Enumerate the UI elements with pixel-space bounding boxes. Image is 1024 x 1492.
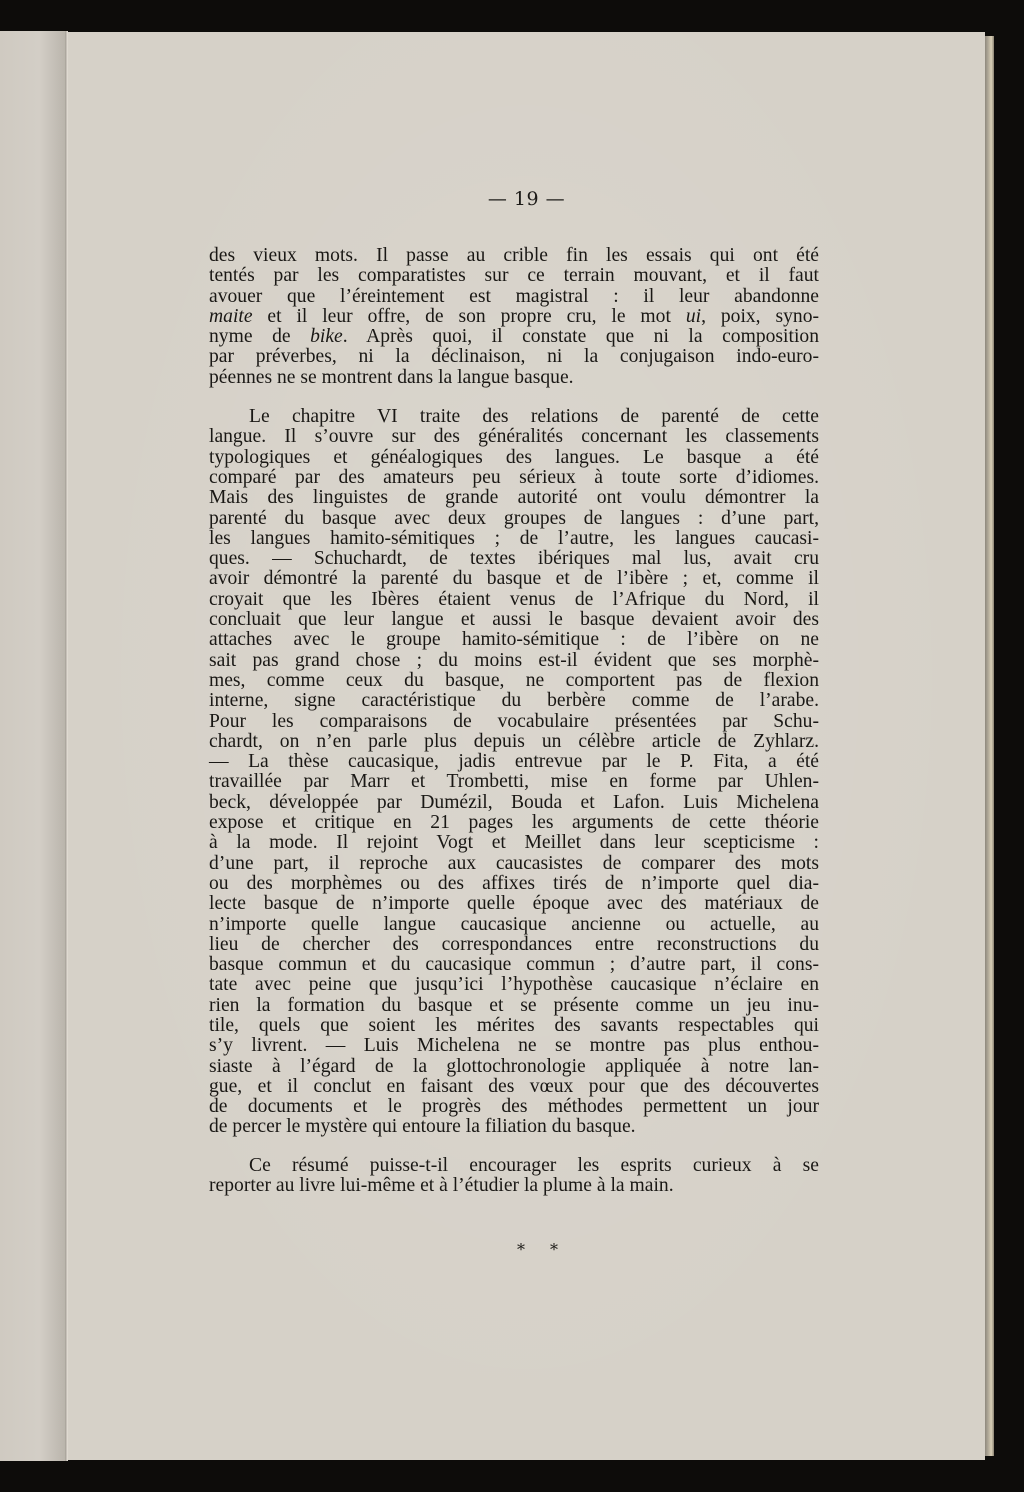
- text-line: reporter au livre lui-même et à l’étudie…: [209, 1176, 819, 1196]
- text-line: attaches avec le groupe hamito-sémitique…: [209, 630, 819, 650]
- text-line: Le chapitre VI traite des relations de p…: [209, 407, 819, 427]
- text-segment: et il leur offre, de son propre cru, le …: [253, 306, 686, 327]
- text-line: Pour les comparaisons de vocabulaire pré…: [209, 712, 819, 732]
- text-line: par préverbes, ni la déclinaison, ni la …: [209, 347, 819, 367]
- text-line: ques. — Schuchardt, de textes ibériques …: [209, 549, 819, 569]
- text-segment: . Après quoi, il constate que ni la comp…: [343, 326, 819, 347]
- text-line: ou des morphèmes ou des affixes tirés de…: [209, 874, 819, 894]
- text-segment: nyme de: [209, 326, 310, 347]
- text-line: interne, signe caractéristique du berbèr…: [209, 691, 819, 711]
- text-line: s’y livrent. — Luis Michelena ne se mont…: [209, 1036, 819, 1056]
- text-line: nyme de bike. Après quoi, il constate qu…: [209, 327, 819, 347]
- text-line: mes, comme ceux du basque, ne comportent…: [209, 671, 819, 691]
- text-line: d’une part, il reproche aux caucasistes …: [209, 854, 819, 874]
- text-segment: , poix, syno-: [701, 306, 819, 327]
- text-line: expose et critique en 21 pages les argum…: [209, 813, 819, 833]
- text-line: chardt, on n’en parle plus depuis un cél…: [209, 732, 819, 752]
- italic-term: ui: [686, 306, 701, 327]
- text-line: rien la formation du basque et se présen…: [209, 996, 819, 1016]
- page-number: — 19 —: [68, 188, 985, 210]
- text-line: sait pas grand chose ; du moins est-il é…: [209, 651, 819, 671]
- section-ornament: * *: [68, 1240, 985, 1259]
- scanned-book-spread: — 19 — des vieux mots. Il passe au cribl…: [0, 0, 1024, 1492]
- page-stack-edge: [985, 36, 994, 1456]
- text-line: tentés par les comparatistes sur ce terr…: [209, 266, 819, 286]
- text-line: maite et il leur offre, de son propre cr…: [209, 307, 819, 327]
- text-line: typologiques et généalogiques des langue…: [209, 448, 819, 468]
- italic-term: maite: [209, 306, 253, 327]
- text-line: Ce résumé puisse-t-il encourager les esp…: [209, 1156, 819, 1176]
- italic-term: bike: [310, 326, 343, 347]
- text-line: lecte basque de n’importe quelle époque …: [209, 894, 819, 914]
- text-line: travaillée par Marr et Trombetti, mise e…: [209, 772, 819, 792]
- text-line: avouer que l’éreintement est magistral :…: [209, 287, 819, 307]
- text-line: parenté du basque avec deux groupes de l…: [209, 509, 819, 529]
- left-page-margin: [0, 31, 66, 1461]
- text-line: gue, et il conclut en faisant des vœux p…: [209, 1077, 819, 1097]
- text-line: péennes ne se montrent dans la langue ba…: [209, 368, 819, 388]
- text-line: n’importe quelle langue caucasique ancie…: [209, 915, 819, 935]
- text-line: beck, développée par Dumézil, Bouda et L…: [209, 793, 819, 813]
- paragraph-1: des vieux mots. Il passe au crible fin l…: [209, 246, 819, 388]
- paragraph-2: Le chapitre VI traite des relations de p…: [209, 407, 819, 1138]
- text-line: lieu de chercher des correspondances ent…: [209, 935, 819, 955]
- text-line: — La thèse caucasique, jadis entrevue pa…: [209, 752, 819, 772]
- text-line: siaste à l’égard de la glottochronologie…: [209, 1057, 819, 1077]
- text-line: basque commun et du caucasique commun ; …: [209, 955, 819, 975]
- paragraph-3: Ce résumé puisse-t-il encourager les esp…: [209, 1156, 819, 1197]
- text-line: des vieux mots. Il passe au crible fin l…: [209, 246, 819, 266]
- text-line: langue. Il s’ouvre sur des généralités c…: [209, 427, 819, 447]
- text-line: à la mode. Il rejoint Vogt et Meillet da…: [209, 833, 819, 853]
- text-line: de percer le mystère qui entoure la fili…: [209, 1117, 819, 1137]
- text-line: comparé par des amateurs peu sérieux à t…: [209, 468, 819, 488]
- body-text: des vieux mots. Il passe au crible fin l…: [209, 246, 819, 1196]
- text-line: concluait que leur langue et aussi le ba…: [209, 610, 819, 630]
- text-line: de documents et le progrès des méthodes …: [209, 1097, 819, 1117]
- text-line: tate avec peine que jusqu’ici l’hypothès…: [209, 975, 819, 995]
- text-line: Mais des linguistes de grande autorité o…: [209, 488, 819, 508]
- text-line: croyait que les Ibères étaient venus de …: [209, 590, 819, 610]
- text-line: tile, quels que soient les mérites des s…: [209, 1016, 819, 1036]
- text-line: avoir démontré la parenté du basque et d…: [209, 569, 819, 589]
- text-line: les langues hamito-sémitiques ; de l’aut…: [209, 529, 819, 549]
